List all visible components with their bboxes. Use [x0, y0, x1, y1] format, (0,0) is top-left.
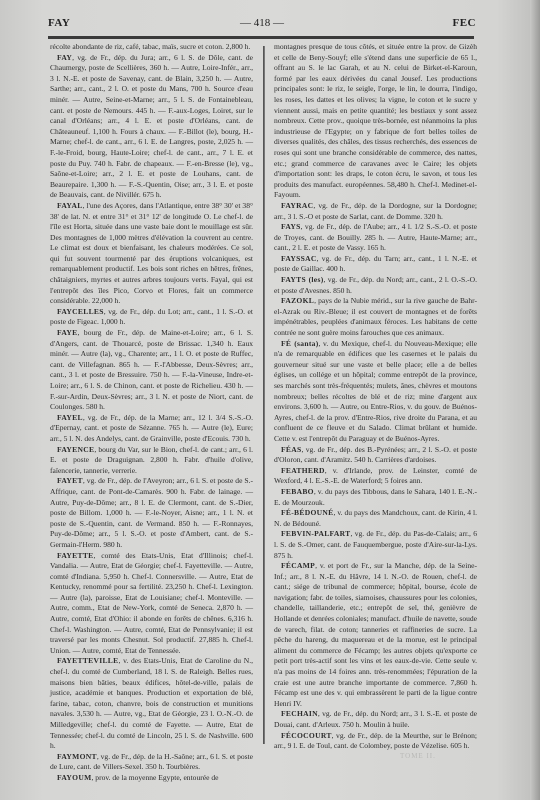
entry-headword: FEATHERD [281, 466, 325, 475]
dictionary-entry: FAZOKL, pays de la Nubie mérid., sur la … [274, 296, 477, 338]
entry-text: récolte abondante de riz, café, tabac, m… [50, 42, 250, 51]
entry-headword: FEBABO [281, 487, 314, 496]
dictionary-entry: FAYEL, vg. de Fr., dép. de la Marne; arr… [50, 413, 253, 445]
dictionary-entry: FAYMONT, vg. de Fr., dép. de la H.-Saône… [50, 752, 253, 773]
entry-text: , vg. de Fr., dép. du Jura; arr., 6 l. S… [50, 53, 253, 200]
dictionary-entry: FAYS, vg. de Fr., dép. de l'Aube; arr., … [274, 222, 477, 254]
dictionary-entry: FAYRAC, vg. de Fr., dép. de la Dordogne,… [274, 201, 477, 222]
entry-headword: FAYMONT [57, 752, 97, 761]
entry-text: , v. du Mexique, chef-l. du Nouveau-Mexi… [274, 339, 477, 443]
entry-headword: FAYAL [57, 201, 83, 210]
entry-text: , v. des Etats-Unis, Etat de Caroline du… [50, 656, 253, 750]
dictionary-entry: FÉ (santa), v. du Mexique, chef-l. du No… [274, 339, 477, 445]
entry-headword: FAYETTEVILLE [57, 656, 118, 665]
dictionary-entry: FECHAIN, vg. de Fr., dép. du Nord; arr.,… [274, 709, 477, 730]
entry-headword: FÉCAMP [281, 561, 315, 570]
page-edge-shadow [530, 0, 540, 800]
dictionary-entry: FAYOUM, prov. de la moyenne Egypte, ento… [50, 773, 253, 784]
right-column: montagnes presque de tous côtés, et situ… [274, 42, 477, 752]
entry-headword: FÉ (santa) [281, 339, 319, 348]
dictionary-entry: récolte abondante de riz, café, tabac, m… [50, 42, 253, 53]
entry-headword: FAYRAC [281, 201, 313, 210]
entry-headword: FÉAS [281, 445, 302, 454]
entry-headword: FAYEL [57, 413, 83, 422]
dictionary-entry: FÉAS, vg. de Fr., dép. des B.-Pyrénées; … [274, 445, 477, 466]
entry-headword: FECHAIN [281, 709, 318, 718]
entry-headword: FAZOKL [281, 296, 314, 305]
dictionary-entry: FAYETTEVILLE, v. des Etats-Unis, Etat de… [50, 656, 253, 751]
entry-text: , comté des Etats-Unis, Etat d'Illinois;… [50, 551, 253, 655]
entry-text: , vg. de Fr., dép. de l'Aveyron; arr., 6… [50, 476, 253, 549]
left-column: récolte abondante de riz, café, tabac, m… [50, 42, 253, 784]
dictionary-entry: montagnes presque de tous côtés, et situ… [274, 42, 477, 201]
right-guide-word: FEC [453, 17, 477, 29]
dictionary-entry: FAYE, bourg de Fr., dép. de Maine-et-Loi… [50, 328, 253, 413]
dictionary-entry: FEBVIN-PALFART, vg. de Fr., dép. du Pas-… [274, 529, 477, 561]
dictionary-entry: FAYTS (les), vg. de Fr., dép. du Nord; a… [274, 275, 477, 296]
entry-headword: FAYS [281, 222, 301, 231]
entry-headword: FAYTS (les) [281, 275, 324, 284]
entry-headword: FAYETTE [57, 551, 94, 560]
dictionary-entry: FAYENCE, bourg du Var, sur le Bion, chef… [50, 445, 253, 477]
bleed-through-text: TOME II. [400, 752, 436, 760]
entry-headword: FAYE [57, 328, 78, 337]
entry-headword: FEBVIN-PALFART [281, 529, 350, 538]
entry-headword: FAYENCE [57, 445, 94, 454]
entry-text: , vg. de Fr., dép. des B.-Pyrénées; arr.… [274, 445, 477, 465]
header-rule [48, 36, 474, 39]
dictionary-entry: FEATHERD, v. d'Irlande, prov. de Leinste… [274, 466, 477, 487]
entry-headword: FAYSSAC [281, 254, 317, 263]
dictionary-entry: FÉCAMP, v. et port de Fr., sur la Manche… [274, 561, 477, 709]
entry-text: , vg. de Fr., dép. de l'Aube; arr., 4 l.… [274, 222, 477, 252]
entry-headword: FÉ-BÉDOUNÉ [281, 508, 333, 517]
dictionary-entry: FAYETTE, comté des Etats-Unis, Etat d'Il… [50, 551, 253, 657]
entry-text: , prov. de la moyenne Egypte, entourée d… [92, 773, 219, 782]
entry-headword: FAYOUM [57, 773, 92, 782]
dictionary-entry: FAYCELLES, vg. de Fr., dép. du Lot; arr.… [50, 307, 253, 328]
entry-text: , v. et port de Fr., sur la Manche, dép.… [274, 561, 477, 708]
entry-headword: FÉCOCOURT [281, 731, 332, 740]
entry-text: , bourg de Fr., dép. de Maine-et-Loire; … [50, 328, 253, 411]
dictionary-entry: FAYET, vg. de Fr., dép. de l'Aveyron; ar… [50, 476, 253, 550]
dictionary-entry: FÉCOCOURT, vg. de Fr., dép. de la Meurth… [274, 731, 477, 752]
dictionary-entry: FAYSSAC, vg. de Fr., dép. du Tarn; arr.,… [274, 254, 477, 275]
dictionary-entry: FEBABO, v. du pays des Tibbous, dans le … [274, 487, 477, 508]
entry-headword: FAY [57, 53, 72, 62]
running-header: FAY — 418 — FEC [48, 17, 476, 33]
dictionary-entry: FÉ-BÉDOUNÉ, v. du pays des Mandchoux, ca… [274, 508, 477, 529]
dictionary-entry: FAY, vg. de Fr., dép. du Jura; arr., 6 l… [50, 53, 253, 201]
column-divider [263, 46, 265, 744]
entry-text: , l'une des Açores, dans l'Atlantique, e… [50, 201, 253, 305]
dictionary-entry: FAYAL, l'une des Açores, dans l'Atlantiq… [50, 201, 253, 307]
entry-headword: FAYET [57, 476, 83, 485]
entry-headword: FAYCELLES [57, 307, 104, 316]
entry-text: montagnes presque de tous côtés, et situ… [274, 42, 477, 199]
scanned-page: FAY — 418 — FEC récolte abondante de riz… [0, 0, 540, 800]
page-number: — 418 — [48, 17, 476, 29]
